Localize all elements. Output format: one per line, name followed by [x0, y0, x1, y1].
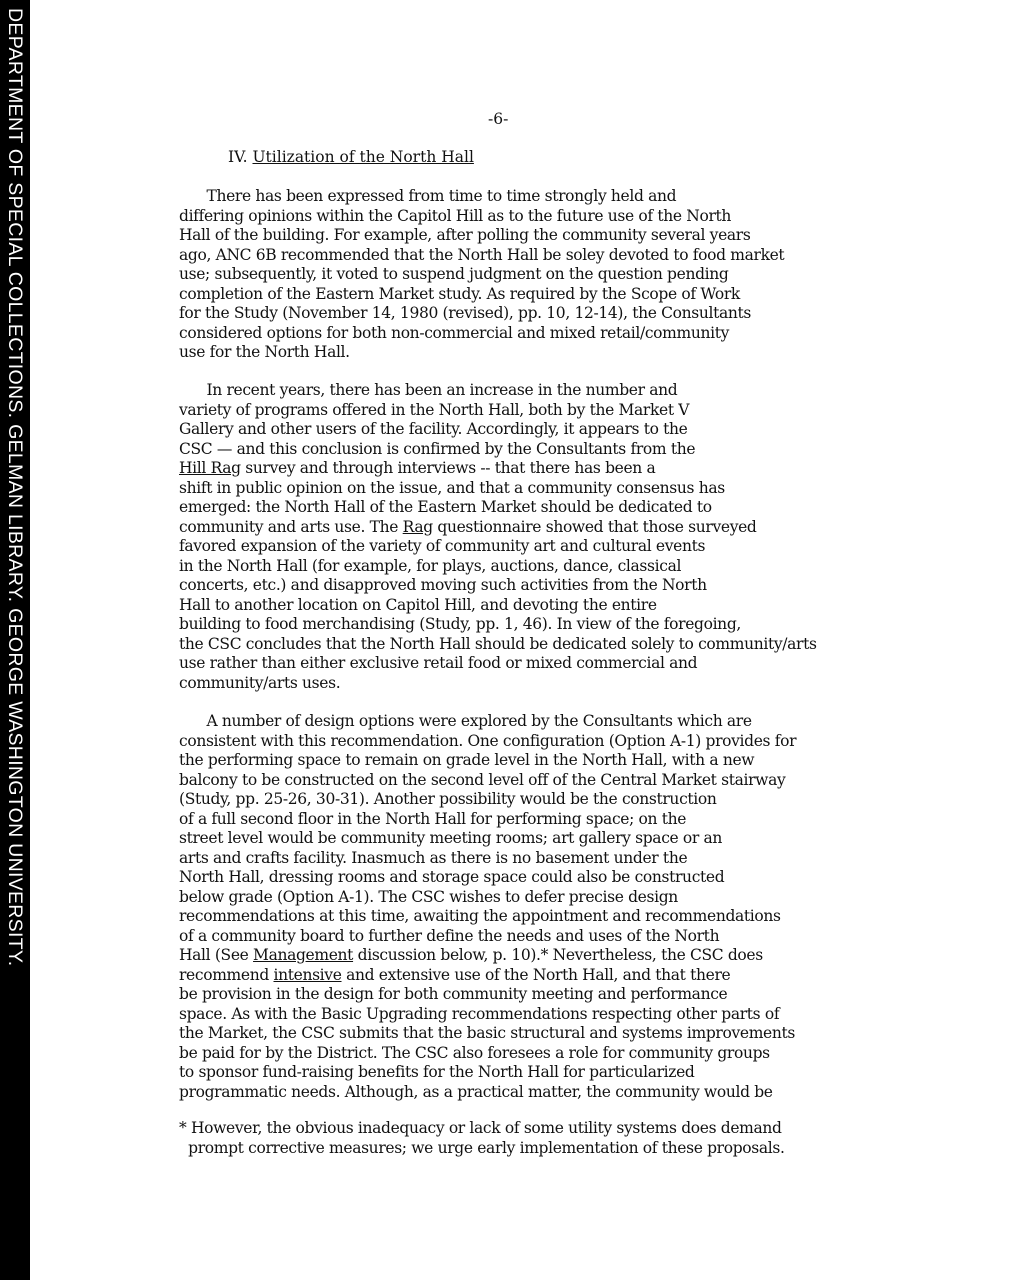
text-line: of a full second floor in the North Hall… — [179, 810, 796, 830]
text-line: below grade (Option A-1). The CSC wishes… — [179, 888, 796, 908]
text-line: the Market, the CSC submits that the bas… — [179, 1024, 796, 1044]
text-line: for the Study (November 14, 1980 (revise… — [179, 304, 784, 324]
text-line: differing opinions within the Capitol Hi… — [179, 207, 784, 227]
archive-watermark-text: DEPARTMENT OF SPECIAL COLLECTIONS. GELMA… — [4, 8, 26, 966]
text-line: of a community board to further define t… — [179, 927, 796, 947]
text-line: arts and crafts facility. Inasmuch as th… — [179, 849, 796, 869]
text-line: shift in public opinion on the issue, an… — [179, 479, 817, 499]
text-line: in the North Hall (for example, for play… — [179, 557, 817, 577]
text-line: Gallery and other users of the facility.… — [179, 420, 817, 440]
paragraph-2: In recent years, there has been an incre… — [179, 381, 817, 693]
text-line: street level would be community meeting … — [179, 829, 796, 849]
text-line: Hall (See Management discussion below, p… — [179, 946, 796, 966]
text-line: variety of programs offered in the North… — [179, 401, 817, 421]
underlined-term: Rag — [403, 518, 433, 536]
text-line: completion of the Eastern Market study. … — [179, 285, 784, 305]
archive-watermark-strip: DEPARTMENT OF SPECIAL COLLECTIONS. GELMA… — [0, 0, 30, 1280]
page-number: -6- — [488, 110, 508, 128]
text-line: There has been expressed from time to ti… — [179, 187, 784, 207]
text-line: * However, the obvious inadequacy or lac… — [179, 1119, 785, 1139]
text-line: emerged: the North Hall of the Eastern M… — [179, 498, 817, 518]
text-line: the performing space to remain on grade … — [179, 751, 796, 771]
text-line: use for the North Hall. — [179, 343, 784, 363]
text-line: community and arts use. The Rag question… — [179, 518, 817, 538]
underlined-term: intensive — [274, 966, 342, 984]
text-line: community/arts uses. — [179, 674, 817, 694]
text-line: favored expansion of the variety of comm… — [179, 537, 817, 557]
text-line: building to food merchandising (Study, p… — [179, 615, 817, 635]
section-numeral: IV. — [228, 148, 248, 166]
text-line: use; subsequently, it voted to suspend j… — [179, 265, 784, 285]
section-heading: IV. Utilization of the North Hall — [228, 148, 474, 166]
text-line: recommend intensive and extensive use of… — [179, 966, 796, 986]
text-line: A number of design options were explored… — [179, 712, 796, 732]
text-line: In recent years, there has been an incre… — [179, 381, 817, 401]
text-line: concerts, etc.) and disapproved moving s… — [179, 576, 817, 596]
paragraph-1: There has been expressed from time to ti… — [179, 187, 784, 363]
underlined-term: Management — [253, 946, 353, 964]
text-line: (Study, pp. 25-26, 30-31). Another possi… — [179, 790, 796, 810]
text-line: be paid for by the District. The CSC als… — [179, 1044, 796, 1064]
text-line: ago, ANC 6B recommended that the North H… — [179, 246, 784, 266]
text-line: the CSC concludes that the North Hall sh… — [179, 635, 817, 655]
text-line: North Hall, dressing rooms and storage s… — [179, 868, 796, 888]
text-line: use rather than either exclusive retail … — [179, 654, 817, 674]
text-line: prompt corrective measures; we urge earl… — [179, 1139, 785, 1159]
text-line: be provision in the design for both comm… — [179, 985, 796, 1005]
text-line: programmatic needs. Although, as a pract… — [179, 1083, 796, 1103]
section-title: Utilization of the North Hall — [252, 148, 473, 166]
text-line: to sponsor fund-raising benefits for the… — [179, 1063, 796, 1083]
text-line: consistent with this recommendation. One… — [179, 732, 796, 752]
text-line: space. As with the Basic Upgrading recom… — [179, 1005, 796, 1025]
text-line: recommendations at this time, awaiting t… — [179, 907, 796, 927]
footnote: * However, the obvious inadequacy or lac… — [179, 1119, 785, 1158]
text-line: Hill Rag survey and through interviews -… — [179, 459, 817, 479]
text-line: balcony to be constructed on the second … — [179, 771, 796, 791]
text-line: Hall to another location on Capitol Hill… — [179, 596, 817, 616]
paragraph-3: A number of design options were explored… — [179, 712, 796, 1102]
text-line: CSC — and this conclusion is confirmed b… — [179, 440, 817, 460]
text-line: considered options for both non-commerci… — [179, 324, 784, 344]
underlined-term: Hill Rag — [179, 459, 241, 477]
text-line: Hall of the building. For example, after… — [179, 226, 784, 246]
